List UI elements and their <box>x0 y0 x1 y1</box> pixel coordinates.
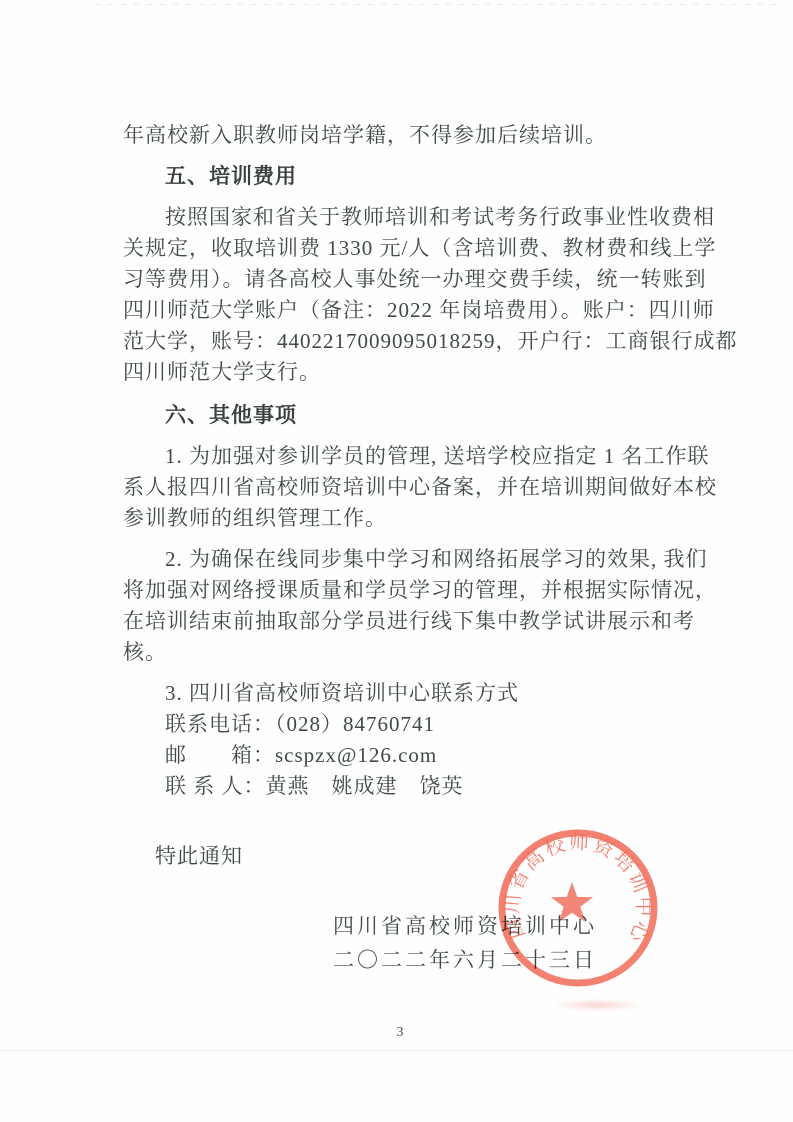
body-line-item-1: 1. 为加强对参训学员的管理, 送培学校应指定 1 名工作联 <box>123 441 675 472</box>
body-line: 系人报四川省高校师资培训中心备案，并在培训期间做好本校 <box>123 472 675 503</box>
body-line: 年高校新入职教师岗培学籍，不得参加后续培训。 <box>123 120 675 151</box>
contact-persons: 联 系 人：黄燕 姚成建 饶英 <box>123 771 675 802</box>
document-body: 年高校新入职教师岗培学籍，不得参加后续培训。 五、培训费用 按照国家和省关于教师… <box>0 0 793 977</box>
body-line: 将加强对网络授课质量和学员学习的管理，并根据实际情况， <box>123 575 675 606</box>
ink-smudge <box>552 999 642 1011</box>
scanned-notice-page: 年高校新入职教师岗培学籍，不得参加后续培训。 五、培训费用 按照国家和省关于教师… <box>0 0 793 1122</box>
body-line-item-3: 3. 四川省高校师资培训中心联系方式 <box>123 678 675 709</box>
body-line: 参训教师的组织管理工作。 <box>123 503 675 534</box>
body-line-account: 范大学，账号：4402217009095018259，开户行：工商银行成都 <box>123 326 675 357</box>
body-line: 习等费用）。请各高校人事处统一办理交费手续，统一转账到 <box>123 264 675 295</box>
page-bottom-rule <box>0 1050 793 1051</box>
body-line: 核。 <box>123 637 675 668</box>
section-heading-6: 六、其他事项 <box>123 400 675 431</box>
closing-phrase: 特此通知 <box>123 841 675 872</box>
body-line: 关规定，收取培训费 1330 元/人（含培训费、教材费和线上学 <box>123 233 675 264</box>
body-line-item-2: 2. 为确保在线同步集中学习和网络拓展学习的效果, 我们 <box>123 544 675 575</box>
body-line: 四川师范大学账户（备注：2022 年岗培费用）。账户：四川师 <box>123 295 675 326</box>
signature-org: 四川省高校师资培训中心 <box>123 909 675 943</box>
signature-block: 四川省高校师资培训中心 二〇二二年六月二十三日 <box>123 909 675 977</box>
body-line: 四川师范大学支行。 <box>123 357 675 388</box>
page-number: 3 <box>0 1024 793 1042</box>
signature-date: 二〇二二年六月二十三日 <box>123 943 675 977</box>
section-heading-5: 五、培训费用 <box>123 161 675 192</box>
contact-phone: 联系电话：（028）84760741 <box>123 709 675 740</box>
contact-email: 邮 箱：scspzx@126.com <box>123 740 675 771</box>
body-line: 按照国家和省关于教师培训和考试考务行政事业性收费相 <box>123 202 675 233</box>
body-line: 在培训结束前抽取部分学员进行线下集中教学试讲展示和考 <box>123 606 675 637</box>
